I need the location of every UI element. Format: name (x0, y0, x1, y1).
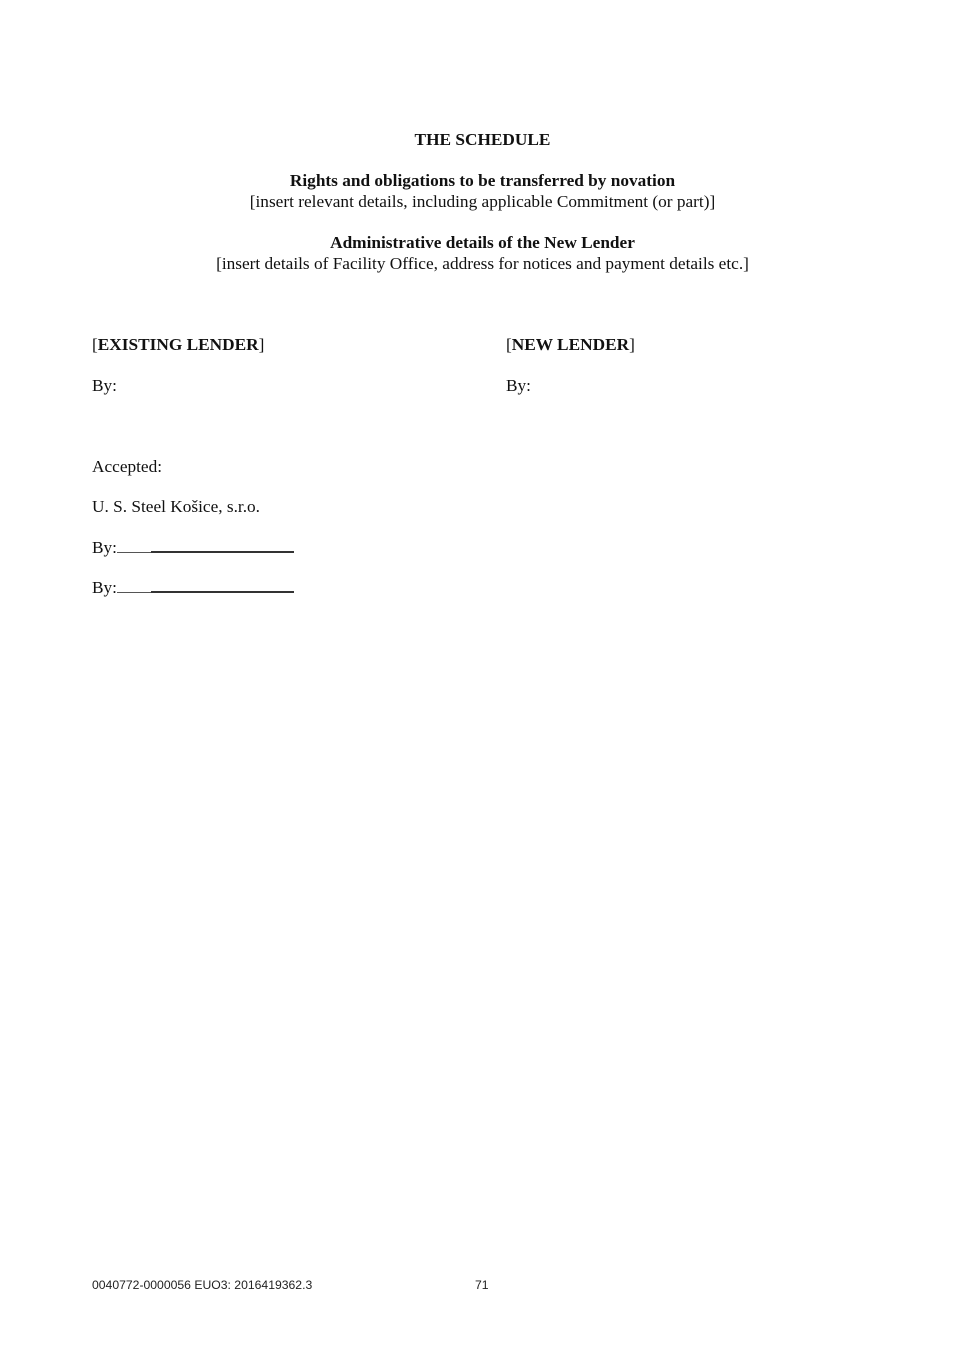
section-text-novation: [insert relevant details, including appl… (0, 192, 965, 212)
footer-doc-reference: 0040772-0000056 EUO3: 2016419362.3 (92, 1278, 312, 1292)
existing-lender-label: [EXISTING LENDER] (92, 335, 264, 355)
new-lender-by: By: (506, 376, 531, 396)
by-label: By: (92, 538, 117, 557)
existing-lender-name: EXISTING LENDER (98, 335, 259, 354)
accepted-label: Accepted: (92, 457, 162, 477)
existing-lender-by: By: (92, 376, 117, 396)
new-lender-label: [NEW LENDER] (506, 335, 635, 355)
signature-line (151, 591, 294, 593)
section-heading-admin-details: Administrative details of the New Lender (0, 233, 965, 253)
footer-page-number: 71 (475, 1278, 489, 1292)
acceptance-signature-line-2: By: (92, 578, 294, 598)
bracket-close: ] (629, 335, 635, 354)
new-lender-name: NEW LENDER (512, 335, 629, 354)
accepting-company: U. S. Steel Košice, s.r.o. (92, 497, 260, 517)
signature-line-thin (117, 592, 151, 593)
signature-line (151, 551, 294, 553)
signature-line-thin (117, 552, 151, 553)
schedule-title: THE SCHEDULE (0, 130, 965, 150)
bracket-close: ] (259, 335, 265, 354)
acceptance-signature-line-1: By: (92, 538, 294, 558)
by-label: By: (92, 578, 117, 597)
section-text-admin-details: [insert details of Facility Office, addr… (0, 254, 965, 274)
section-heading-novation: Rights and obligations to be transferred… (0, 171, 965, 191)
